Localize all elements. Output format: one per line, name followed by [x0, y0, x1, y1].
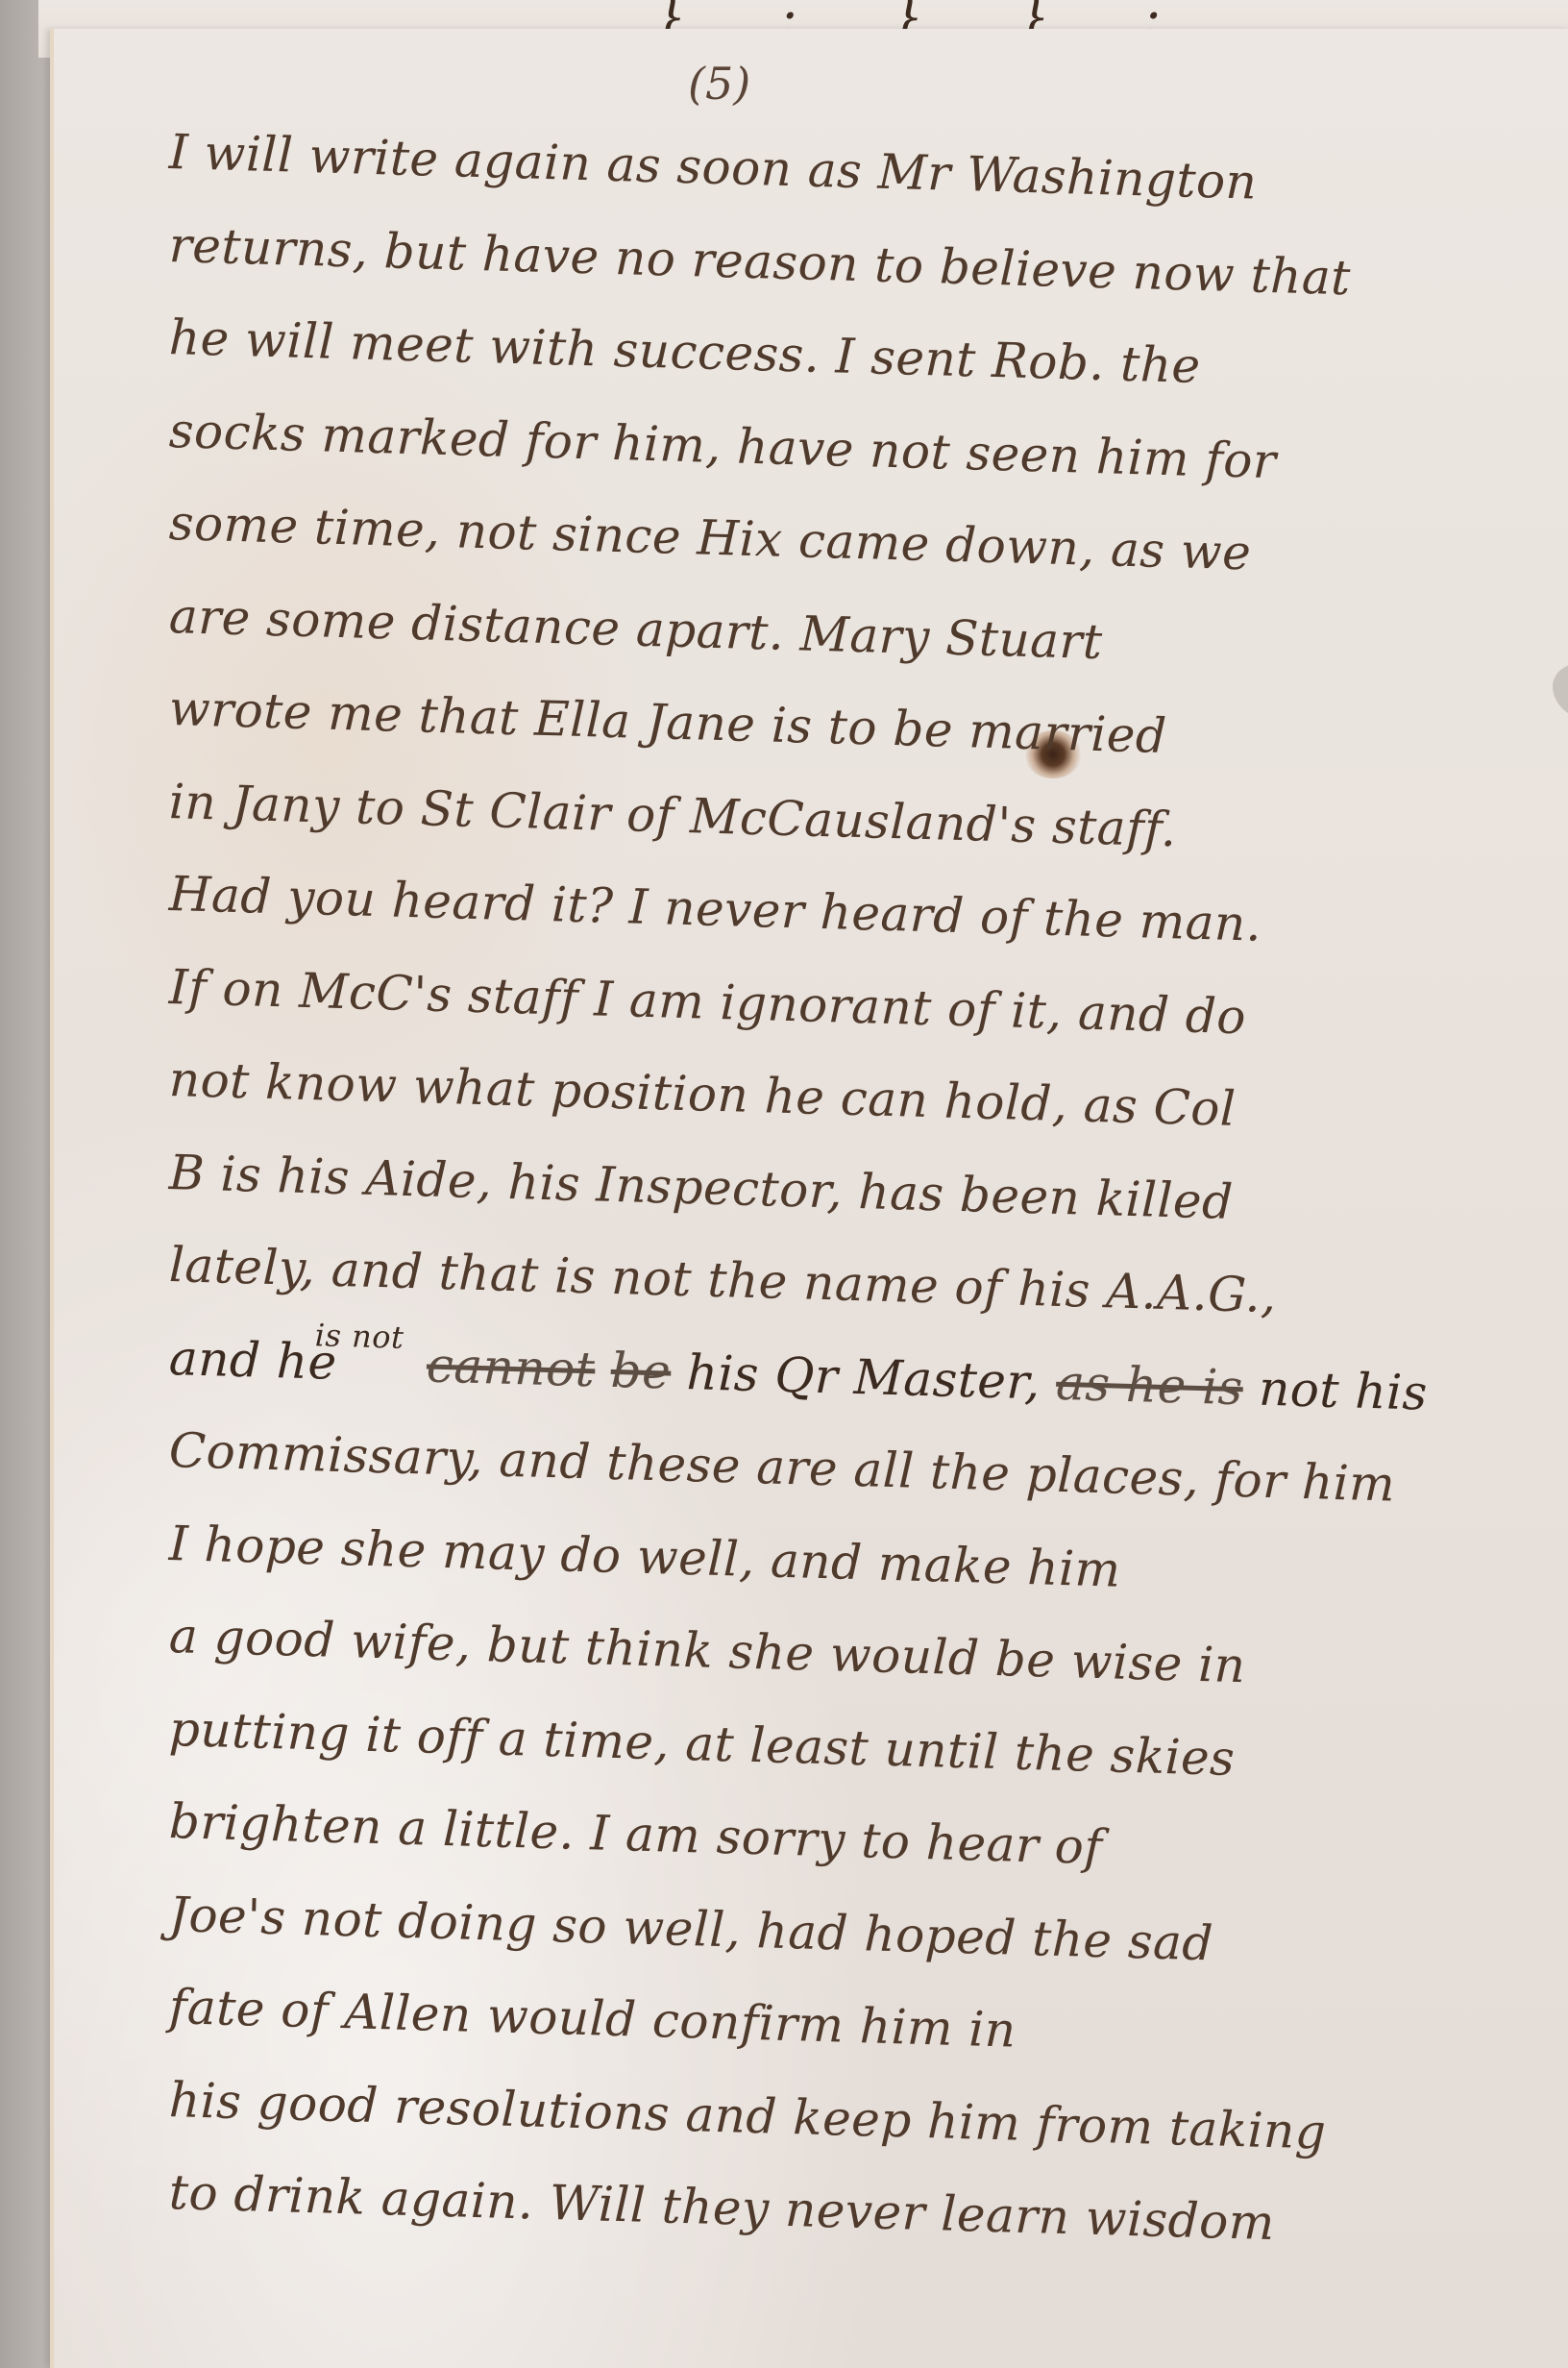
struck-word: as he is	[1055, 1354, 1243, 1415]
struck-word: cannot	[426, 1337, 596, 1397]
line-fragment: his Qr Master,	[686, 1344, 1041, 1410]
line-fragment: and he	[168, 1330, 337, 1391]
struck-word: be	[610, 1342, 672, 1399]
line-fragment: not his	[1258, 1360, 1428, 1420]
letter-page: (5) I will write again as soon as Mr Was…	[50, 29, 1568, 2368]
handwritten-text: I will write again as soon as Mr Washing…	[169, 106, 1568, 2239]
page-number: (5)	[688, 58, 750, 110]
interlinear-insertion: is not	[314, 1317, 404, 1356]
